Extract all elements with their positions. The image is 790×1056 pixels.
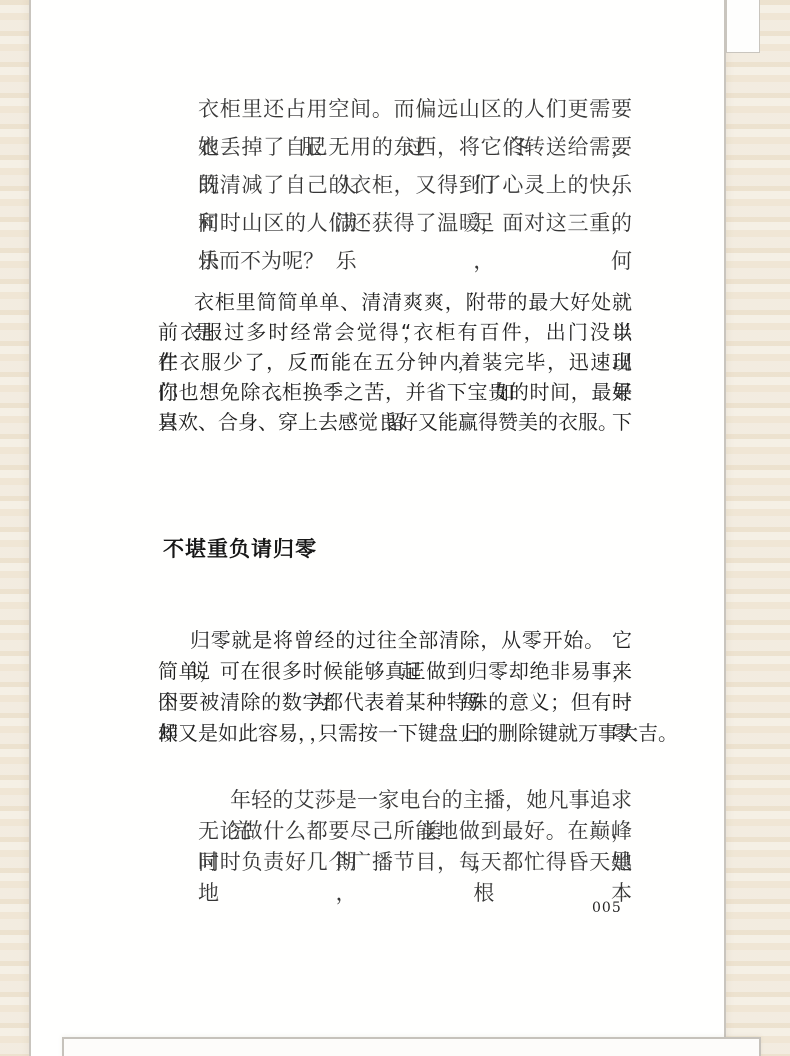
story-paragraph-2: 年轻的艾莎是一家电台的主播，她凡事追求完美， 无论做什么都要尽己所能地做到最好。… — [198, 785, 632, 878]
text-line: 衣柜里还占用空间。而偏远山区的人们更需要衣服过冬， — [198, 90, 632, 128]
section-heading: 不堪重负请归零 — [163, 533, 317, 563]
body-paragraph-2: 归零就是将曾经的过往全部清除，从零开始。 它说起来 简单，可在很多时候能够真正做… — [158, 625, 632, 749]
text-line: 喜欢、合身、穿上去感觉良好又能赢得赞美的衣服。 — [158, 407, 632, 437]
text-line: 前衣服过多时经常会觉得“衣柜有百件，出门没半件”，现 — [158, 317, 632, 347]
book-photo: { "colors": { "background_beige": "#f1ea… — [0, 0, 790, 1056]
text-line: 同时负责好几个广播节目，每天都忙得昏天黑地，根本 — [198, 847, 632, 878]
page-number: 005 — [592, 900, 622, 916]
body-paragraph-1: 衣柜里简简单单、清清爽爽，附带的最大好处就是，以 前衣服过多时经常会觉得“衣柜有… — [158, 287, 632, 437]
text-line: 归零就是将曾经的过往全部清除，从零开始。 它说起来 — [158, 625, 632, 656]
text-line: 她丢掉了自己无用的东西，将它们转送给需要的人们， — [198, 128, 632, 166]
text-line: 同时山区的人们还获得了温暖，面对这三重的快乐，何 — [198, 204, 632, 242]
text-line: 简单，可在很多时候能够真正做到归零却绝非易事，因为每一 — [158, 656, 632, 687]
text-line: 既清减了自己的衣柜，又得到了心灵上的快乐和满足， — [198, 166, 632, 204]
text-line: 你也想免除衣柜换季之苦，并省下宝贵的时间，最好只留下 — [158, 377, 632, 407]
text-line: 衣柜里简简单单、清清爽爽，附带的最大好处就是，以 — [158, 287, 632, 317]
underlying-page-corner — [726, 0, 760, 53]
text-line: 在衣服少了，反而能在五分钟内着装完毕，迅速出门。 如果 — [158, 347, 632, 377]
text-line: 年轻的艾莎是一家电台的主播，她凡事追求完美， — [198, 785, 632, 816]
text-line: 却又是如此容易，只需按一下键盘上的删除键就万事大吉。 — [158, 718, 632, 749]
text-line: 个要被清除的数字都代表着某种特殊的意义；但有时候，归零 — [158, 687, 632, 718]
text-line: 无论做什么都要尽己所能地做到最好。在巅峰时期，她 — [198, 816, 632, 847]
next-page-edge — [62, 1037, 761, 1056]
story-paragraph-1: 衣柜里还占用空间。而偏远山区的人们更需要衣服过冬， 她丢掉了自己无用的东西，将它… — [198, 90, 632, 280]
